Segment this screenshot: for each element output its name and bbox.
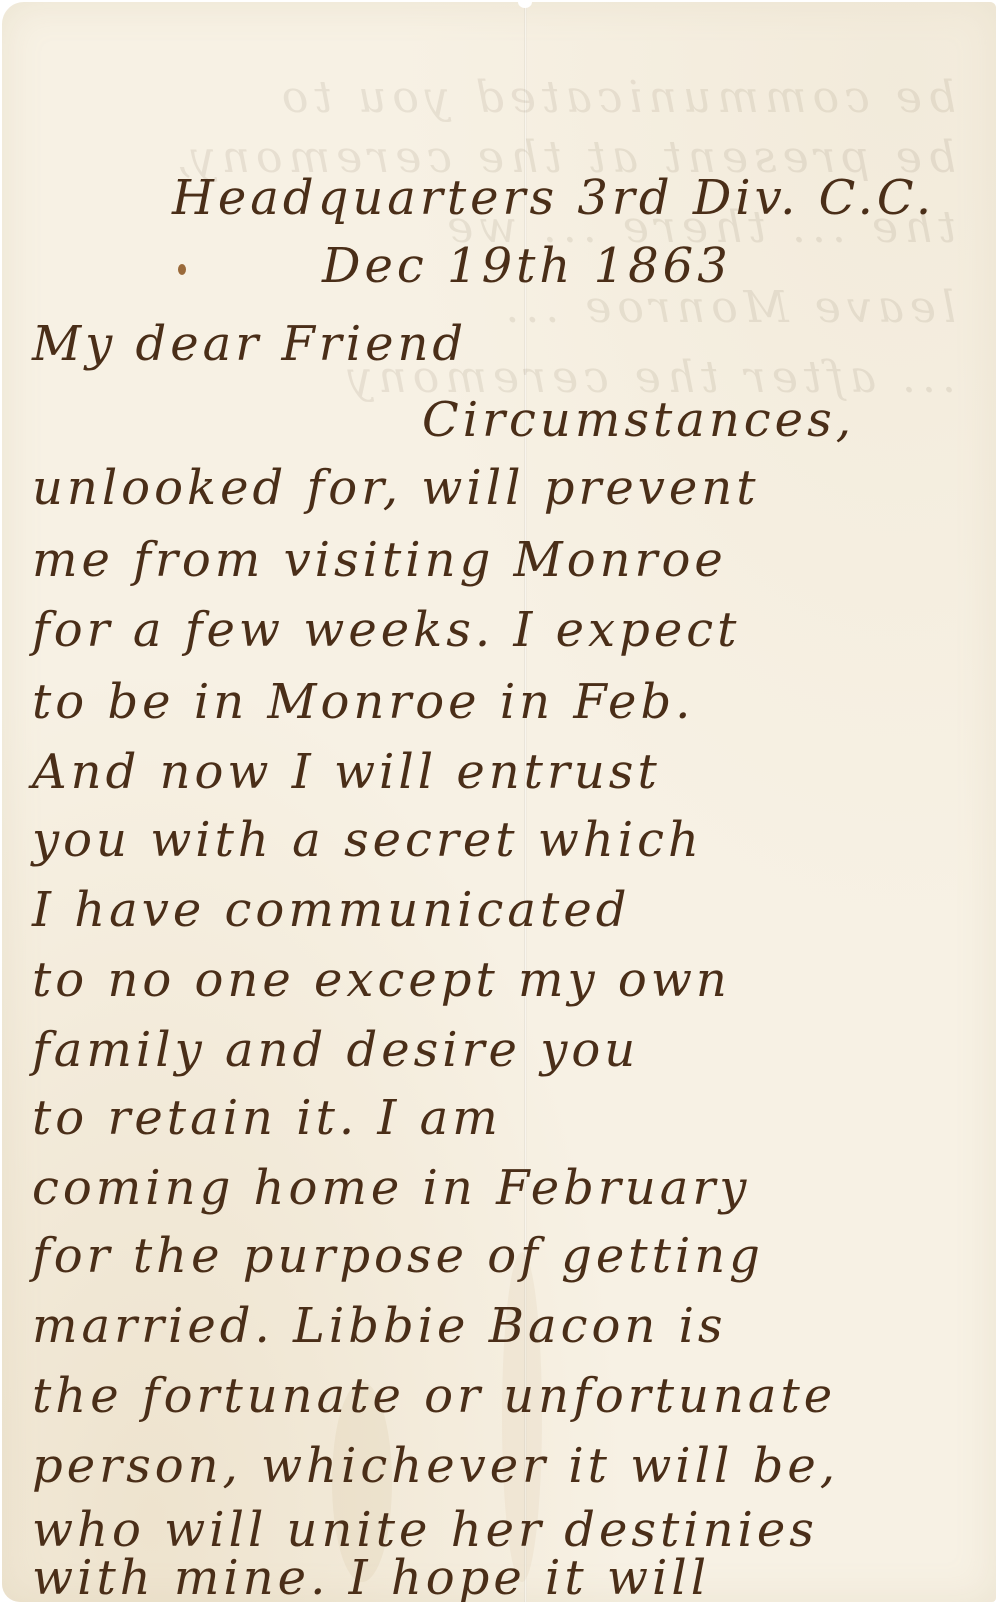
body-line: for a few weeks. I expect (32, 602, 740, 658)
body-line: coming home in February (32, 1160, 750, 1216)
ink-spot (178, 264, 186, 275)
body-line: with mine. I hope it will (32, 1550, 710, 1602)
body-line: me from visiting Monroe (32, 532, 727, 588)
body-line: you with a secret which (32, 812, 703, 868)
body-line: the fortunate or unfortunate (32, 1368, 836, 1424)
salutation: My dear Friend (32, 316, 467, 372)
body-line: And now I will entrust (32, 744, 661, 800)
paper-notch (518, 2, 532, 8)
body-line: unlooked for, will prevent (32, 460, 760, 516)
body-line: married. Libbie Bacon is (32, 1298, 727, 1354)
letter-location: Headquarters 3rd Div. C.C. (172, 170, 935, 226)
body-line: to no one except my own (32, 952, 731, 1008)
letter-date: Dec 19th 1863 (322, 238, 732, 294)
body-line: for the purpose of getting (32, 1228, 764, 1284)
bleed-line: be communicated you to (276, 72, 956, 123)
body-line: person, whichever it will be, (32, 1438, 839, 1494)
body-line: family and desire you (32, 1022, 639, 1078)
body-line: Circumstances, (422, 392, 855, 448)
body-line: I have communicated (32, 882, 630, 938)
letter-page: be communicated you to be present at the… (2, 2, 996, 1602)
body-line: to be in Monroe in Feb. (32, 674, 694, 730)
body-line: to retain it. I am (32, 1090, 502, 1146)
